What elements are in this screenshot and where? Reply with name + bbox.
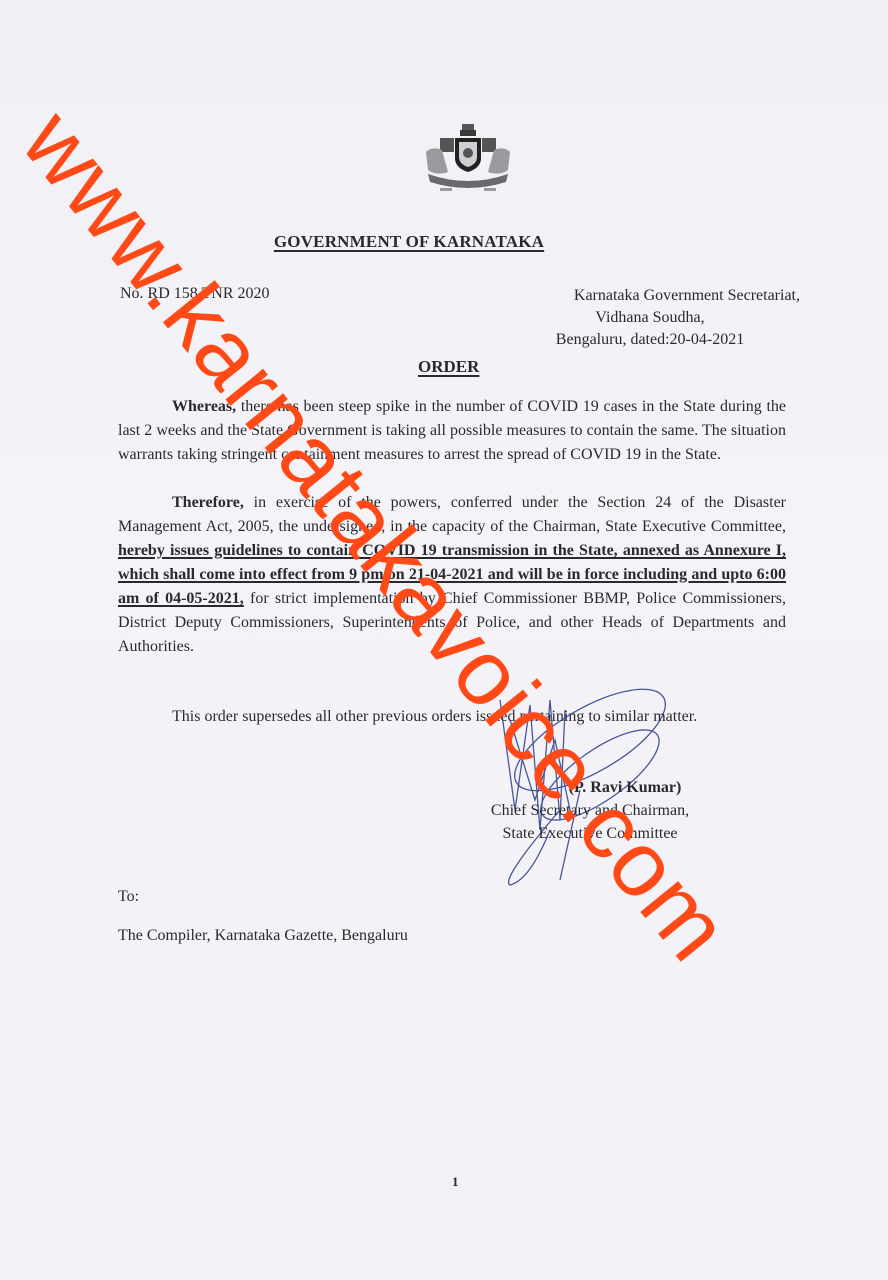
signatory-designation-1: Chief Secretary and Chairman, (440, 799, 740, 822)
paragraph-whereas: Whereas, there has been steep spike in t… (118, 395, 786, 467)
recipient: The Compiler, Karnataka Gazette, Bengalu… (118, 927, 408, 945)
page-number: 1 (452, 1174, 459, 1190)
government-title: GOVERNMENT OF KARNATAKA (0, 232, 888, 252)
paragraph-supersedes: This order supersedes all other previous… (118, 705, 786, 729)
paragraph-lead: Whereas, (172, 398, 236, 415)
address-date-line: Bengaluru, dated:20-04-2021 (510, 329, 790, 351)
to-label: To: (118, 888, 139, 906)
address-line-2: Vidhana Soudha, (510, 307, 790, 329)
signatory-name: (P. Ravi Kumar) (440, 776, 740, 799)
paragraph-lead: Therefore, (172, 494, 244, 511)
signatory-designation-2: State Executive Committee (440, 822, 740, 845)
order-heading: ORDER (418, 357, 479, 377)
paragraph-therefore: Therefore, in exercise of the powers, co… (118, 491, 786, 659)
reference-number: No. RD 158 TNR 2020 (120, 285, 270, 303)
document-page: GOVERNMENT OF KARNATAKA No. RD 158 TNR 2… (0, 0, 888, 1280)
karnataka-emblem-icon (418, 122, 518, 198)
signatory-block: (P. Ravi Kumar) Chief Secretary and Chai… (440, 776, 740, 845)
issuing-address: Karnataka Government Secretariat, Vidhan… (510, 285, 790, 351)
address-line-1: Karnataka Government Secretariat, (510, 285, 800, 307)
